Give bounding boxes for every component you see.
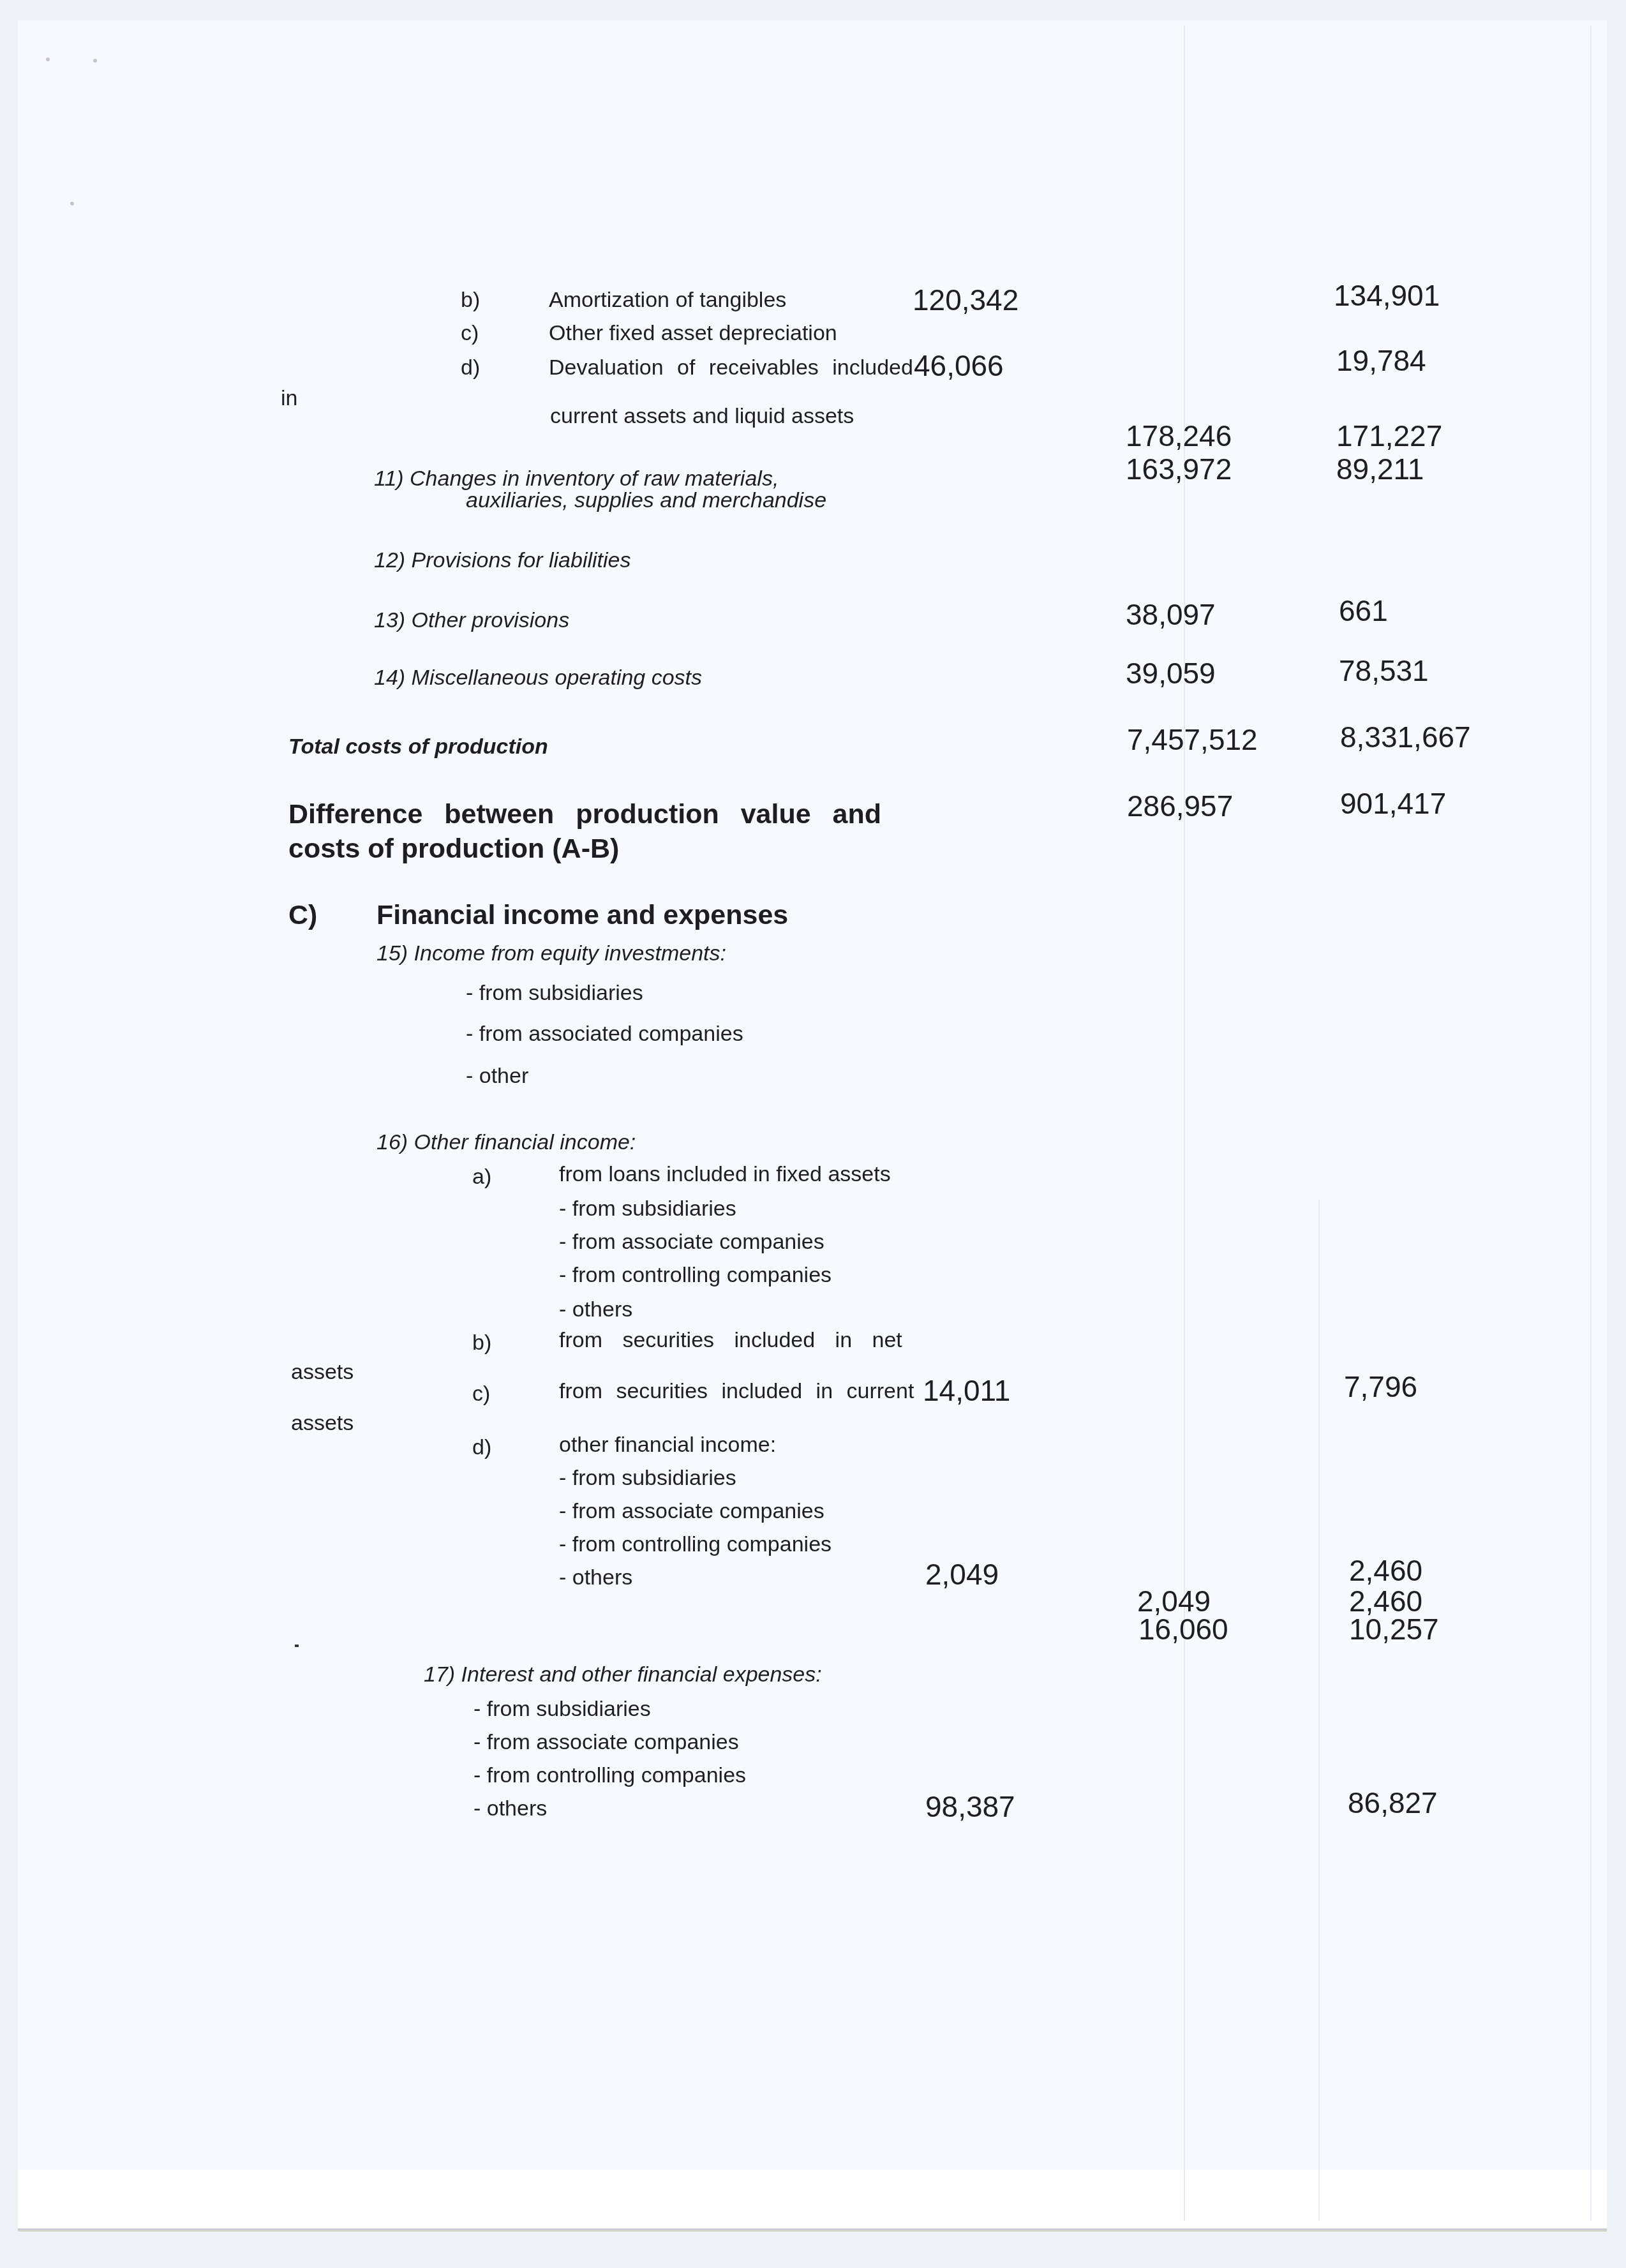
- interest-others: - others: [474, 1796, 547, 1821]
- item-letter: d): [472, 1435, 491, 1460]
- other-income-subsidiaries: - from subsidiaries: [559, 1465, 736, 1491]
- securities-net-assets-label: from securities included in net: [559, 1327, 902, 1353]
- other-financial-total-col2: 16,060: [1138, 1613, 1228, 1645]
- other-income-others: - others: [559, 1565, 632, 1590]
- securities-current-assets-wrap: assets: [291, 1410, 354, 1436]
- provisions-liabilities-label: 12) Provisions for liabilities: [374, 548, 631, 573]
- item-letter: c): [461, 320, 479, 346]
- securities-current-assets-label: from securities included in current: [559, 1378, 914, 1404]
- other-income-others-col1: 2,049: [925, 1558, 999, 1590]
- page-lower-margin: [18, 2170, 1607, 2228]
- scan-speck: [93, 59, 97, 63]
- securities-net-assets-wrap: assets: [291, 1359, 354, 1385]
- scan-column-artifact: [1590, 26, 1592, 2221]
- difference-col3: 901,417: [1340, 787, 1446, 819]
- misc-operating-costs-label: 14) Miscellaneous operating costs: [374, 665, 702, 690]
- other-income-others-col3: 2,460: [1349, 1555, 1422, 1586]
- depreciation-subtotal-col2: 178,246: [1126, 420, 1232, 452]
- other-income-associate: - from associate companies: [559, 1498, 824, 1524]
- equity-income-other: - other: [466, 1063, 528, 1089]
- inventory-changes-col2: 163,972: [1126, 453, 1232, 485]
- total-costs-production-col2: 7,457,512: [1127, 724, 1258, 756]
- scan-column-artifact: [1184, 26, 1185, 2221]
- devaluation-receivables-col1: 46,066: [914, 350, 1004, 382]
- equity-income-label: 15) Income from equity investments:: [377, 941, 726, 966]
- other-provisions-col2: 38,097: [1126, 599, 1216, 630]
- interest-controlling: - from controlling companies: [474, 1763, 746, 1788]
- interest-expenses-label: 17) Interest and other financial expense…: [424, 1662, 822, 1687]
- other-provisions-label: 13) Other provisions: [374, 608, 569, 633]
- item-letter: c): [472, 1381, 490, 1406]
- devaluation-receivables-label-line2: current assets and liquid assets: [550, 403, 854, 429]
- item-letter: b): [472, 1330, 491, 1355]
- amortization-tangibles-label: Amortization of tangibles: [549, 287, 786, 313]
- other-financial-income-d-label: other financial income:: [559, 1432, 776, 1458]
- item-letter: d): [461, 355, 480, 380]
- other-fixed-asset-depreciation-label: Other fixed asset depreciation: [549, 320, 837, 346]
- devaluation-receivables-wrap: in: [281, 385, 297, 411]
- difference-label-line2: costs of production (A-B): [288, 832, 619, 865]
- securities-current-assets-col1: 14,011: [923, 1375, 1010, 1406]
- scan-speck: [46, 57, 50, 61]
- other-financial-income-label: 16) Other financial income:: [377, 1130, 636, 1155]
- stray-dash-mark: [295, 1645, 299, 1647]
- difference-col2: 286,957: [1127, 790, 1233, 822]
- scan-column-artifact: [1318, 1200, 1320, 2221]
- amortization-tangibles-col3: 134,901: [1334, 280, 1440, 311]
- misc-operating-costs-col2: 39,059: [1126, 657, 1216, 689]
- loans-subsidiaries: - from subsidiaries: [559, 1196, 736, 1221]
- total-costs-production-col3: 8,331,667: [1340, 721, 1471, 753]
- inventory-changes-label-line2: auxiliaries, supplies and merchandise: [466, 488, 826, 513]
- loans-controlling: - from controlling companies: [559, 1262, 832, 1288]
- interest-others-col1: 98,387: [925, 1791, 1015, 1823]
- equity-income-subsidiaries: - from subsidiaries: [466, 980, 643, 1006]
- scan-speck: [70, 202, 74, 205]
- depreciation-subtotal-col3: 171,227: [1336, 420, 1442, 452]
- difference-label: Difference between production value and: [288, 798, 881, 831]
- section-c-letter: C): [288, 899, 317, 932]
- other-provisions-col3: 661: [1339, 595, 1388, 627]
- amortization-tangibles-col1: 120,342: [913, 284, 1018, 316]
- other-income-controlling: - from controlling companies: [559, 1532, 832, 1557]
- loans-associate: - from associate companies: [559, 1229, 824, 1255]
- inventory-changes-col3: 89,211: [1336, 453, 1424, 485]
- item-letter: b): [461, 287, 480, 313]
- equity-income-associated: - from associated companies: [466, 1021, 743, 1047]
- loans-others: - others: [559, 1297, 632, 1322]
- item-letter: a): [472, 1164, 491, 1190]
- devaluation-receivables-col3: 19,784: [1336, 345, 1426, 377]
- other-financial-total-col3: 10,257: [1349, 1613, 1439, 1645]
- devaluation-receivables-label: Devaluation of receivables included: [549, 355, 913, 380]
- total-costs-production-label: Total costs of production: [288, 734, 548, 759]
- securities-current-assets-col3: 7,796: [1344, 1371, 1417, 1403]
- interest-subsidiaries: - from subsidiaries: [474, 1696, 651, 1722]
- interest-others-col3: 86,827: [1348, 1787, 1438, 1819]
- misc-operating-costs-col3: 78,531: [1339, 655, 1429, 687]
- section-c-title: Financial income and expenses: [377, 899, 788, 932]
- loans-fixed-assets-label: from loans included in fixed assets: [559, 1161, 891, 1187]
- interest-associate: - from associate companies: [474, 1729, 739, 1755]
